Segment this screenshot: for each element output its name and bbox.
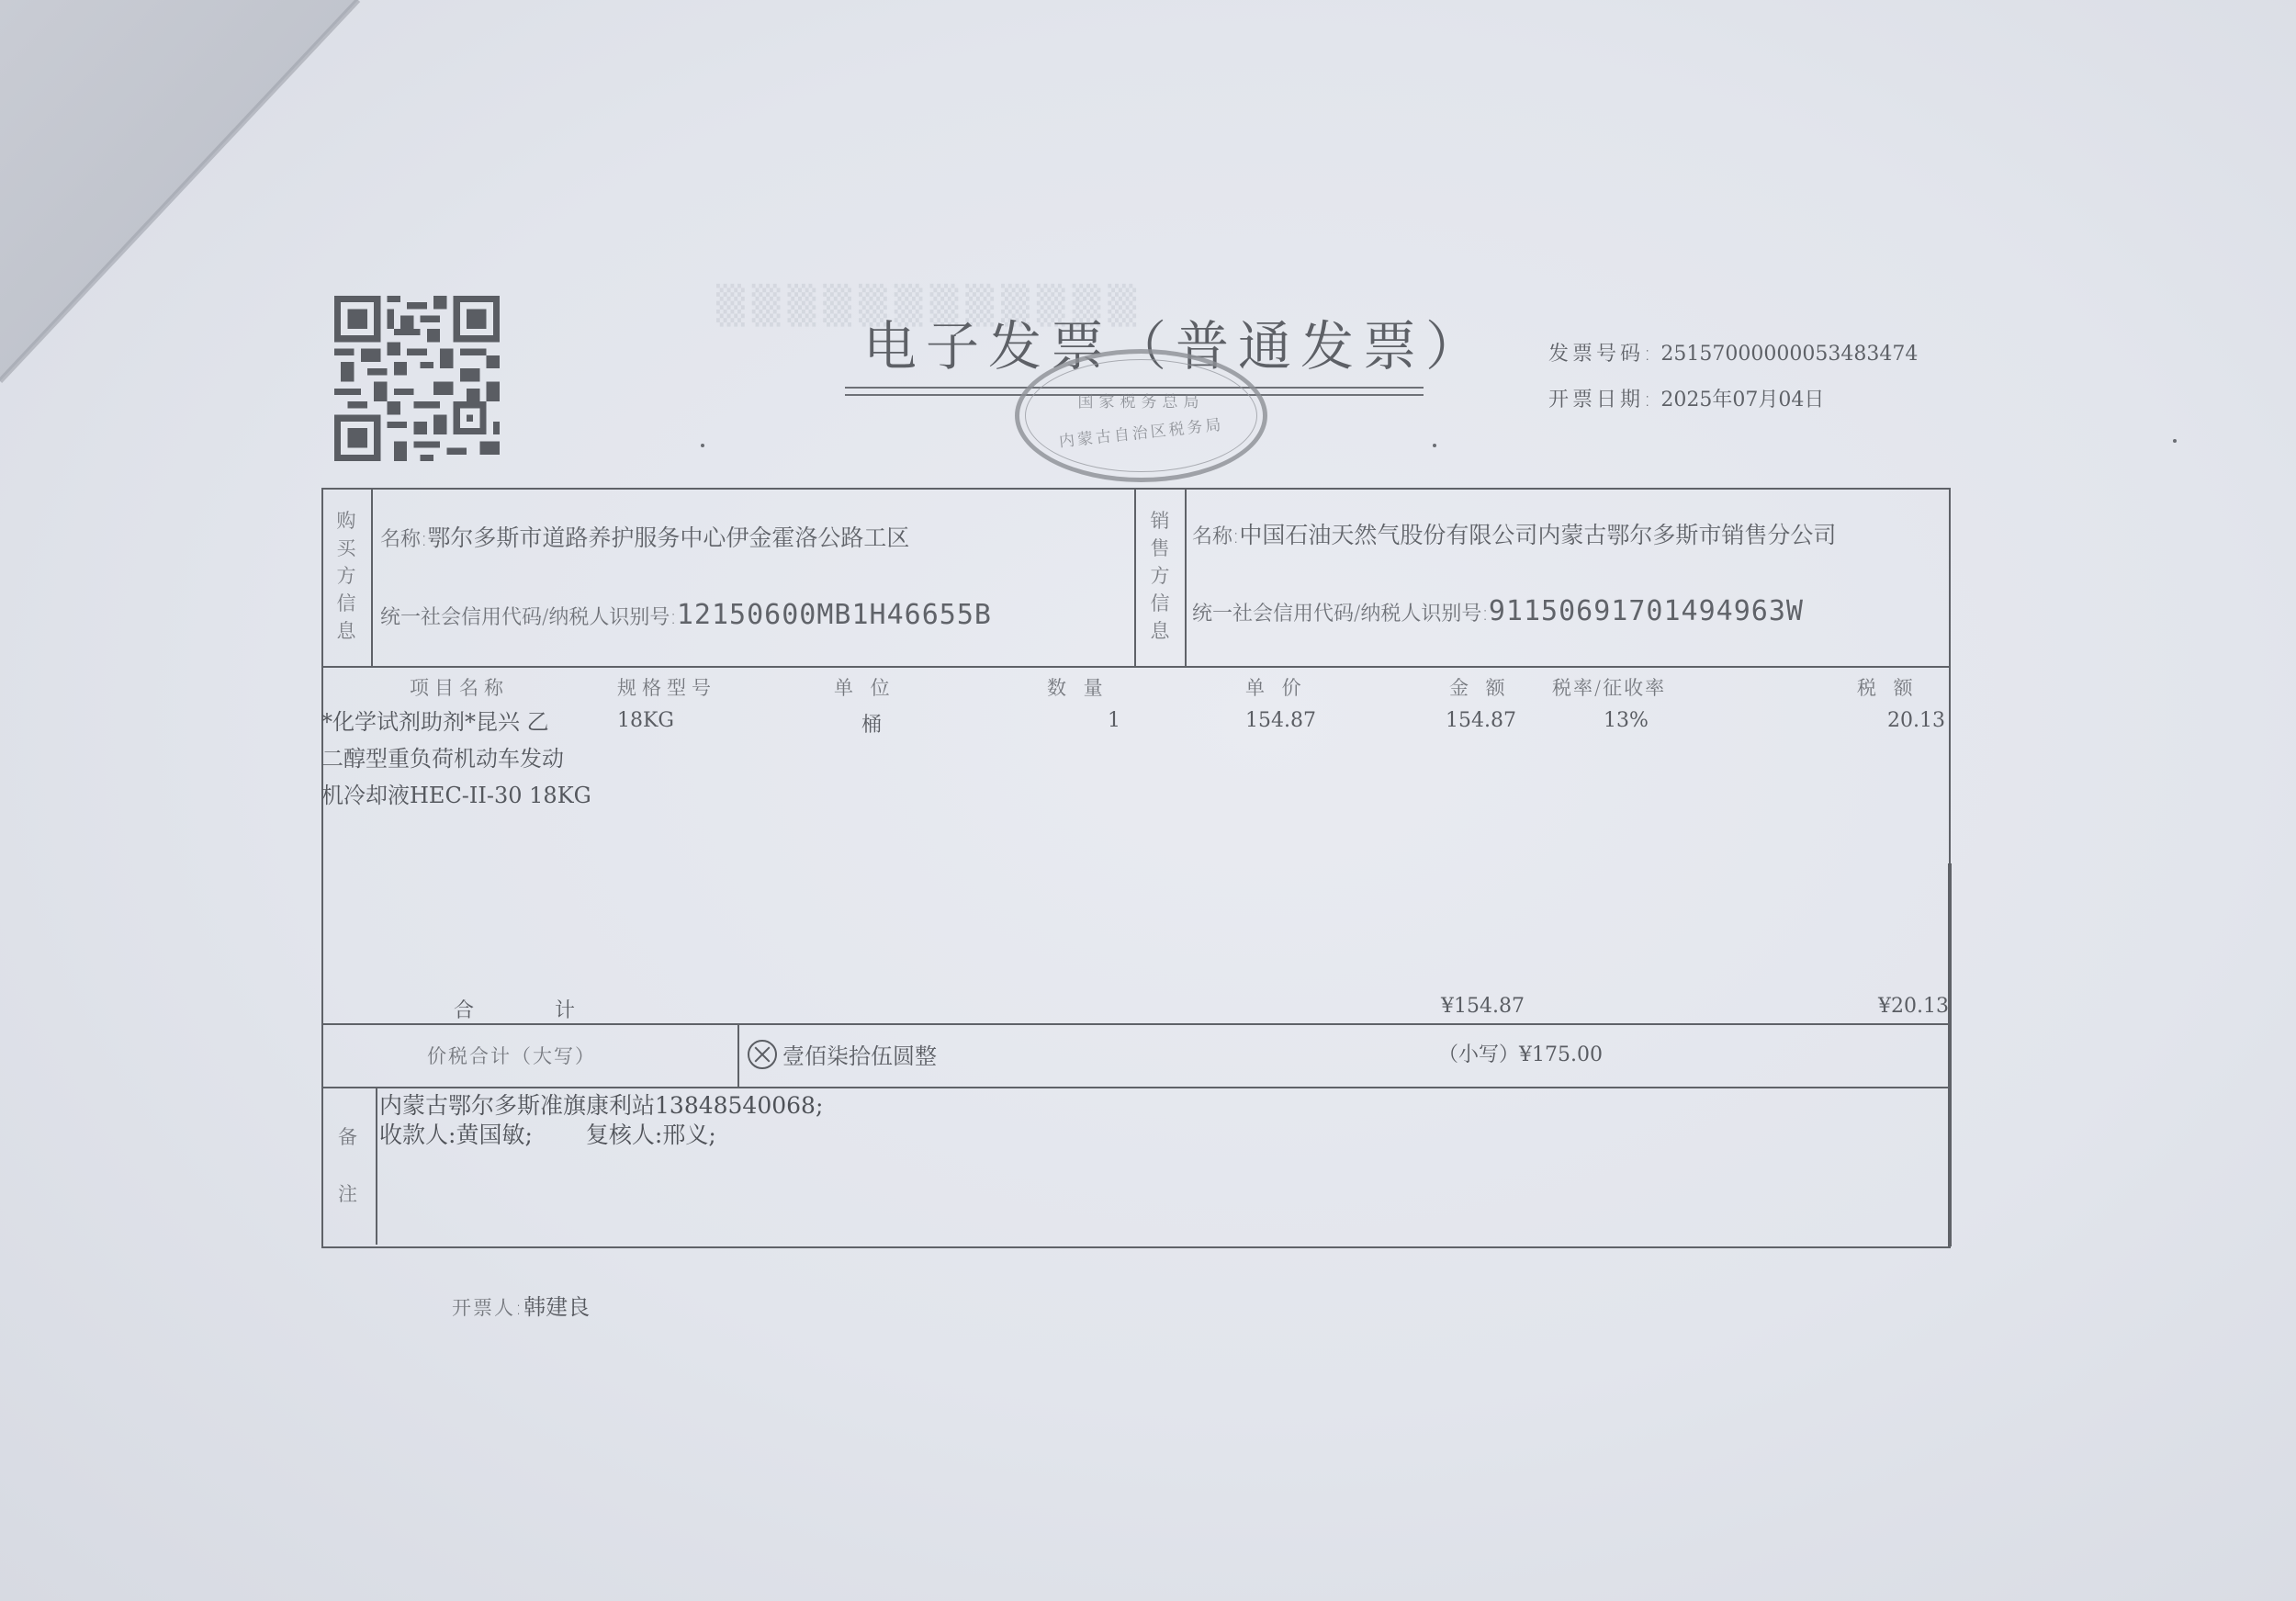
- grand-total-label-divider: [737, 1023, 739, 1087]
- invoice-date: 开票日期: 2025年07月04日: [1548, 384, 1824, 412]
- col-header-unit: 单 位: [834, 673, 895, 701]
- buyer-name-label: 名称:: [380, 528, 427, 551]
- seller-label-divider: [1185, 488, 1187, 666]
- party-section-divider: [321, 666, 1949, 668]
- item-name: *化学试剂助剂*昆兴 乙 二醇型重负荷机动车发动 机冷却液HEC-II-30 1…: [321, 704, 591, 814]
- remarks-label-divider: [376, 1087, 377, 1245]
- grand-total-small-value: ¥175.00: [1519, 1043, 1603, 1066]
- invoice-number-label: 发票号码:: [1548, 343, 1654, 366]
- buyer-seller-divider: [1134, 488, 1136, 666]
- tax-bureau-stamp: 国家税务总局 内蒙古自治区税务局: [1015, 349, 1267, 482]
- issuer-label: 开票人:: [452, 1297, 523, 1319]
- stamp-line-2: 内蒙古自治区税务局: [1019, 407, 1263, 456]
- buyer-section-label: 购买方信息: [323, 507, 369, 645]
- buyer-taxid-value: 12150600MB1H46655B: [677, 599, 992, 631]
- totals-divider: [321, 1023, 1949, 1025]
- circled-x-icon: [748, 1040, 777, 1069]
- seller-taxid: 统一社会信用代码/纳税人识别号:91150691701494963W: [1192, 595, 1804, 627]
- col-header-item-name: 项目名称: [410, 673, 509, 701]
- item-tax-rate: 13%: [1604, 709, 1649, 732]
- issuer-value: 韩建良: [523, 1294, 590, 1320]
- qr-code: [334, 296, 500, 461]
- invoice-paper: ▒▒▒▒▒▒▒▒▒▒▒▒ 电子发票（普通发票） 国家税务总局 内蒙古: [0, 0, 2296, 1601]
- total-tax: ¥20.13: [1878, 995, 1949, 1018]
- seller-name-value: 中国石油天然气股份有限公司内蒙古鄂尔多斯市销售分公司: [1239, 522, 1836, 548]
- buyer-name: 名称:鄂尔多斯市道路养护服务中心伊金霍洛公路工区: [380, 520, 909, 553]
- seller-taxid-value: 91150691701494963W: [1489, 595, 1804, 627]
- col-header-quantity: 数 量: [1047, 673, 1109, 701]
- print-speck: [701, 444, 704, 447]
- col-header-amount: 金 额: [1449, 673, 1511, 701]
- issuer: 开票人:韩建良: [452, 1289, 590, 1321]
- buyer-section-label-text: 购买方信息: [323, 507, 369, 645]
- item-spec: 18KG: [617, 709, 674, 732]
- remarks-label-1: 备: [338, 1122, 363, 1150]
- item-unit-price: 154.87: [1245, 709, 1316, 732]
- col-header-tax: 税 额: [1857, 673, 1919, 701]
- remarks-label-2: 注: [338, 1179, 363, 1207]
- grand-total-label: 价税合计（大写）: [427, 1042, 596, 1069]
- remarks-line-1: 内蒙古鄂尔多斯准旗康利站13848540068;: [379, 1091, 823, 1121]
- buyer-label-divider: [371, 488, 373, 666]
- col-header-tax-rate: 税率/征收率: [1552, 673, 1666, 701]
- grand-total-small: （小写）¥175.00: [1438, 1039, 1603, 1067]
- invoice-number-value: 25157000000053483474: [1660, 343, 1918, 366]
- item-unit: 桶: [861, 709, 882, 738]
- total-label: 合 计: [454, 995, 575, 1023]
- item-name-line: 机冷却液HEC-II-30 18KG: [321, 777, 591, 814]
- grand-total-uppercase: 壹佰柒拾伍圆整: [748, 1038, 937, 1070]
- invoice-date-value: 2025年07月04日: [1660, 389, 1824, 412]
- remarks-content: 内蒙古鄂尔多斯准旗康利站13848540068; 收款人:黄国敏;复核人:邢义;: [379, 1091, 823, 1150]
- grand-total-uppercase-value: 壹佰柒拾伍圆整: [782, 1043, 937, 1069]
- reviewer-value: 邢义;: [662, 1122, 715, 1148]
- buyer-taxid-label: 统一社会信用代码/纳税人识别号:: [380, 606, 677, 629]
- col-header-spec: 规格型号: [617, 673, 716, 701]
- table-right-edge: [1948, 863, 1952, 1246]
- seller-section-label-text: 销售方信息: [1137, 507, 1183, 645]
- seller-name: 名称:中国石油天然气股份有限公司内蒙古鄂尔多斯市销售分公司: [1192, 517, 1836, 550]
- item-amount: 154.87: [1446, 709, 1516, 732]
- seller-taxid-label: 统一社会信用代码/纳税人识别号:: [1192, 603, 1489, 626]
- buyer-name-value: 鄂尔多斯市道路养护服务中心伊金霍洛公路工区: [427, 524, 909, 551]
- remarks-line-2: 收款人:黄国敏;复核人:邢义;: [379, 1121, 823, 1150]
- item-tax: 20.13: [1887, 709, 1945, 732]
- item-quantity: 1: [1108, 709, 1120, 732]
- stamp-line-1: 国家税务总局: [1019, 389, 1263, 412]
- grand-total-divider: [321, 1087, 1949, 1088]
- seller-section-label: 销售方信息: [1137, 507, 1183, 645]
- payee-label: 收款人:: [379, 1122, 456, 1148]
- invoice-number: 发票号码: 25157000000053483474: [1548, 338, 1918, 366]
- seller-name-label: 名称:: [1192, 525, 1239, 548]
- grand-total-small-label: （小写）: [1438, 1043, 1519, 1066]
- print-speck: [2173, 439, 2177, 443]
- invoice-date-label: 开票日期:: [1548, 389, 1654, 412]
- item-name-line: 二醇型重负荷机动车发动: [321, 740, 591, 777]
- print-speck: [1433, 444, 1436, 447]
- total-amount: ¥154.87: [1441, 995, 1525, 1018]
- item-name-line: *化学试剂助剂*昆兴 乙: [321, 704, 591, 740]
- payee-value: 黄国敏;: [456, 1122, 532, 1148]
- buyer-taxid: 统一社会信用代码/纳税人识别号:12150600MB1H46655B: [380, 599, 992, 631]
- col-header-unit-price: 单 价: [1245, 673, 1307, 701]
- reviewer-label: 复核人:: [586, 1122, 662, 1148]
